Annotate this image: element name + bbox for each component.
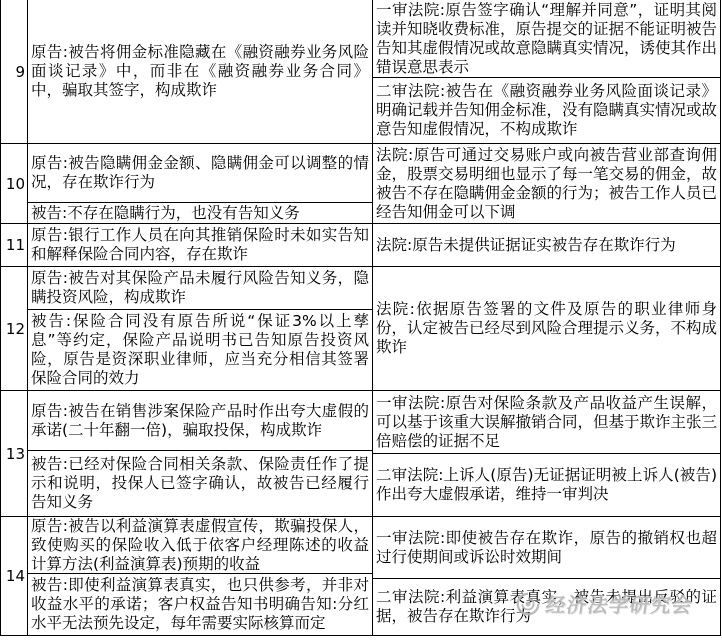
claims-column: 原告:被告在销售涉案保险产品时作出夸大虚假的承诺(二十年翻一倍)，骗取投保，构成… <box>28 391 373 516</box>
row-number: 11 <box>1 224 28 266</box>
table-row: 9 原告:被告将佣金标准隐藏在《融资融券业务风险面谈记录》中，而非在《融资融券业… <box>1 0 720 144</box>
claim-cell: 原告:被告隐瞒佣金金额、隐瞒佣金可以调整的情况，存在欺诈行为 <box>28 144 372 202</box>
row-number: 14 <box>1 517 28 635</box>
court-cell: 一审法院:即使被告存在欺诈，原告的撤销权也超过行使期间或诉讼时效期间 <box>373 517 720 578</box>
court-cell: 二审法院:利益演算表真实，被告未提出反驳的证据，被告存在欺诈行为 <box>373 578 720 635</box>
claim-cell: 被告:保险合同没有原告所说“保证3%以上孳息”等约定，保险产品说明书已告知原告投… <box>28 309 372 390</box>
court-text: 法院:原告未提供证据证实被告存在欺诈行为 <box>376 236 717 255</box>
courts-column: 一审法院:原告对保险条款及产品收益产生误解，可以基于该重大误解撤销合同，但基于欺… <box>373 391 720 516</box>
claim-text: 原告:被告将佣金标准隐藏在《融资融券业务风险面谈记录》中，而非在《融资融券业务合… <box>31 43 369 100</box>
claim-cell: 原告:被告将佣金标准隐藏在《融资融券业务风险面谈记录》中，而非在《融资融券业务合… <box>28 0 372 143</box>
claim-text: 原告:被告对其保险产品未履行风险告知义务，隐瞒投资风险，构成欺诈 <box>31 269 369 307</box>
table-row: 10 原告:被告隐瞒佣金金额、隐瞒佣金可以调整的情况，存在欺诈行为 被告:不存在… <box>1 144 720 224</box>
table-row: 11 原告:银行工作人员在向其推销保险时未如实告知和解释保险合同内容，存在欺诈 … <box>1 224 720 267</box>
claim-cell: 原告:被告对其保险产品未履行风险告知义务，隐瞒投资风险，构成欺诈 <box>28 267 372 309</box>
court-cell: 二审法院:上诉人(原告)无证据证明被上诉人(被告)作出夸大虚假承诺，维持一审判决 <box>373 453 720 516</box>
courts-column: 一审法院:即使被告存在欺诈，原告的撤销权也超过行使期间或诉讼时效期间 二审法院:… <box>373 517 720 635</box>
table-row: 14 原告:被告以利益演算表虚假宣传，欺骗投保人，致使购买的保险收入低于依客户经… <box>1 517 720 635</box>
claim-text: 被告:保险合同没有原告所说“保证3%以上孳息”等约定，保险产品说明书已告知原告投… <box>31 312 369 388</box>
courts-column: 法院:原告可通过交易账户或向被告营业部查询佣金，股票交易明细也显示了每一笔交易的… <box>373 144 720 223</box>
table-row: 12 原告:被告对其保险产品未履行风险告知义务，隐瞒投资风险，构成欺诈 被告:保… <box>1 267 720 391</box>
claim-cell: 原告:银行工作人员在向其推销保险时未如实告知和解释保险合同内容，存在欺诈 <box>28 224 372 266</box>
claim-text: 被告:即使利益演算表真实，也只供参考，并非对收益水平的承诺；客户权益告知书明确告… <box>31 576 369 633</box>
row-number: 12 <box>1 267 28 390</box>
court-cell: 二审法院:被告在《融资融券业务风险面谈记录》明确记载并告知佣金标准，没有隐瞒真实… <box>373 77 720 143</box>
court-text: 一审法院:即使被告存在欺诈，原告的撤销权也超过行使期间或诉讼时效期间 <box>376 529 717 567</box>
court-text: 法院:原告可通过交易账户或向被告营业部查询佣金，股票交易明细也显示了每一笔交易的… <box>376 146 717 222</box>
row-number: 10 <box>1 144 28 223</box>
document-page: 9 原告:被告将佣金标准隐藏在《融资融券业务风险面谈记录》中，而非在《融资融券业… <box>0 0 722 641</box>
claim-text: 原告:银行工作人员在向其推销保险时未如实告知和解释保险合同内容，存在欺诈 <box>31 226 369 264</box>
courts-column: 法院:原告未提供证据证实被告存在欺诈行为 <box>373 224 720 266</box>
claims-column: 原告:被告隐瞒佣金金额、隐瞒佣金可以调整的情况，存在欺诈行为 被告:不存在隐瞒行… <box>28 144 373 223</box>
claims-column: 原告:被告以利益演算表虚假宣传，欺骗投保人，致使购买的保险收入低于依客户经理陈述… <box>28 517 373 635</box>
claim-cell: 被告:不存在隐瞒行为，也没有告知义务 <box>28 202 372 223</box>
court-text: 一审法院:原告签字确认“理解并同意”，证明其阅读并知晓收费标准，原告提交的证据不… <box>376 1 717 77</box>
court-text: 二审法院:利益演算表真实，被告未提出反驳的证据，被告存在欺诈行为 <box>376 588 717 626</box>
court-text: 法院:依据原告签署的文件及原告的职业律师身份，认定被告已经尽到风险合理提示义务，… <box>376 300 717 357</box>
court-cell: 一审法院:原告对保险条款及产品收益产生误解，可以基于该重大误解撤销合同，但基于欺… <box>373 391 720 453</box>
claim-text: 原告:被告隐瞒佣金金额、隐瞒佣金可以调整的情况，存在欺诈行为 <box>31 154 369 192</box>
comparison-table: 9 原告:被告将佣金标准隐藏在《融资融券业务风险面谈记录》中，而非在《融资融券业… <box>0 0 721 636</box>
claim-text: 原告:被告以利益演算表虚假宣传，欺骗投保人，致使购买的保险收入低于依客户经理陈述… <box>31 517 369 573</box>
row-number: 9 <box>1 0 28 143</box>
claim-cell: 被告:已经对保险合同相关条款、保险责任作了提示和说明，投保人已签字确认，故被告已… <box>28 450 372 516</box>
claim-cell: 原告:被告在销售涉案保险产品时作出夸大虚假的承诺(二十年翻一倍)，骗取投保，构成… <box>28 391 372 450</box>
courts-column: 一审法院:原告签字确认“理解并同意”，证明其阅读并知晓收费标准，原告提交的证据不… <box>373 0 720 143</box>
court-cell: 一审法院:原告签字确认“理解并同意”，证明其阅读并知晓收费标准，原告提交的证据不… <box>373 0 720 77</box>
claim-cell: 被告:即使利益演算表真实，也只供参考，并非对收益水平的承诺；客户权益告知书明确告… <box>28 573 372 635</box>
claim-cell: 原告:被告以利益演算表虚假宣传，欺骗投保人，致使购买的保险收入低于依客户经理陈述… <box>28 517 372 573</box>
claims-column: 原告:银行工作人员在向其推销保险时未如实告知和解释保险合同内容，存在欺诈 <box>28 224 373 266</box>
claims-column: 原告:被告对其保险产品未履行风险告知义务，隐瞒投资风险，构成欺诈 被告:保险合同… <box>28 267 373 390</box>
court-cell: 法院:依据原告签署的文件及原告的职业律师身份，认定被告已经尽到风险合理提示义务，… <box>373 267 720 390</box>
claim-text: 原告:被告在销售涉案保险产品时作出夸大虚假的承诺(二十年翻一倍)，骗取投保，构成… <box>31 402 369 440</box>
table-row: 13 原告:被告在销售涉案保险产品时作出夸大虚假的承诺(二十年翻一倍)，骗取投保… <box>1 391 720 517</box>
court-text: 二审法院:上诉人(原告)无证据证明被上诉人(被告)作出夸大虚假承诺，维持一审判决 <box>376 466 717 504</box>
court-text: 二审法院:被告在《融资融券业务风险面谈记录》明确记载并告知佣金标准，没有隐瞒真实… <box>376 82 717 139</box>
claim-text: 被告:不存在隐瞒行为，也没有告知义务 <box>31 204 369 223</box>
claim-text: 被告:已经对保险合同相关条款、保险责任作了提示和说明，投保人已签字确认，故被告已… <box>31 455 369 512</box>
court-cell: 法院:原告未提供证据证实被告存在欺诈行为 <box>373 224 720 266</box>
courts-column: 法院:依据原告签署的文件及原告的职业律师身份，认定被告已经尽到风险合理提示义务，… <box>373 267 720 390</box>
claims-column: 原告:被告将佣金标准隐藏在《融资融券业务风险面谈记录》中，而非在《融资融券业务合… <box>28 0 373 143</box>
court-cell: 法院:原告可通过交易账户或向被告营业部查询佣金，股票交易明细也显示了每一笔交易的… <box>373 144 720 223</box>
court-text: 一审法院:原告对保险条款及产品收益产生误解，可以基于该重大误解撤销合同，但基于欺… <box>376 394 717 451</box>
row-number: 13 <box>1 391 28 516</box>
